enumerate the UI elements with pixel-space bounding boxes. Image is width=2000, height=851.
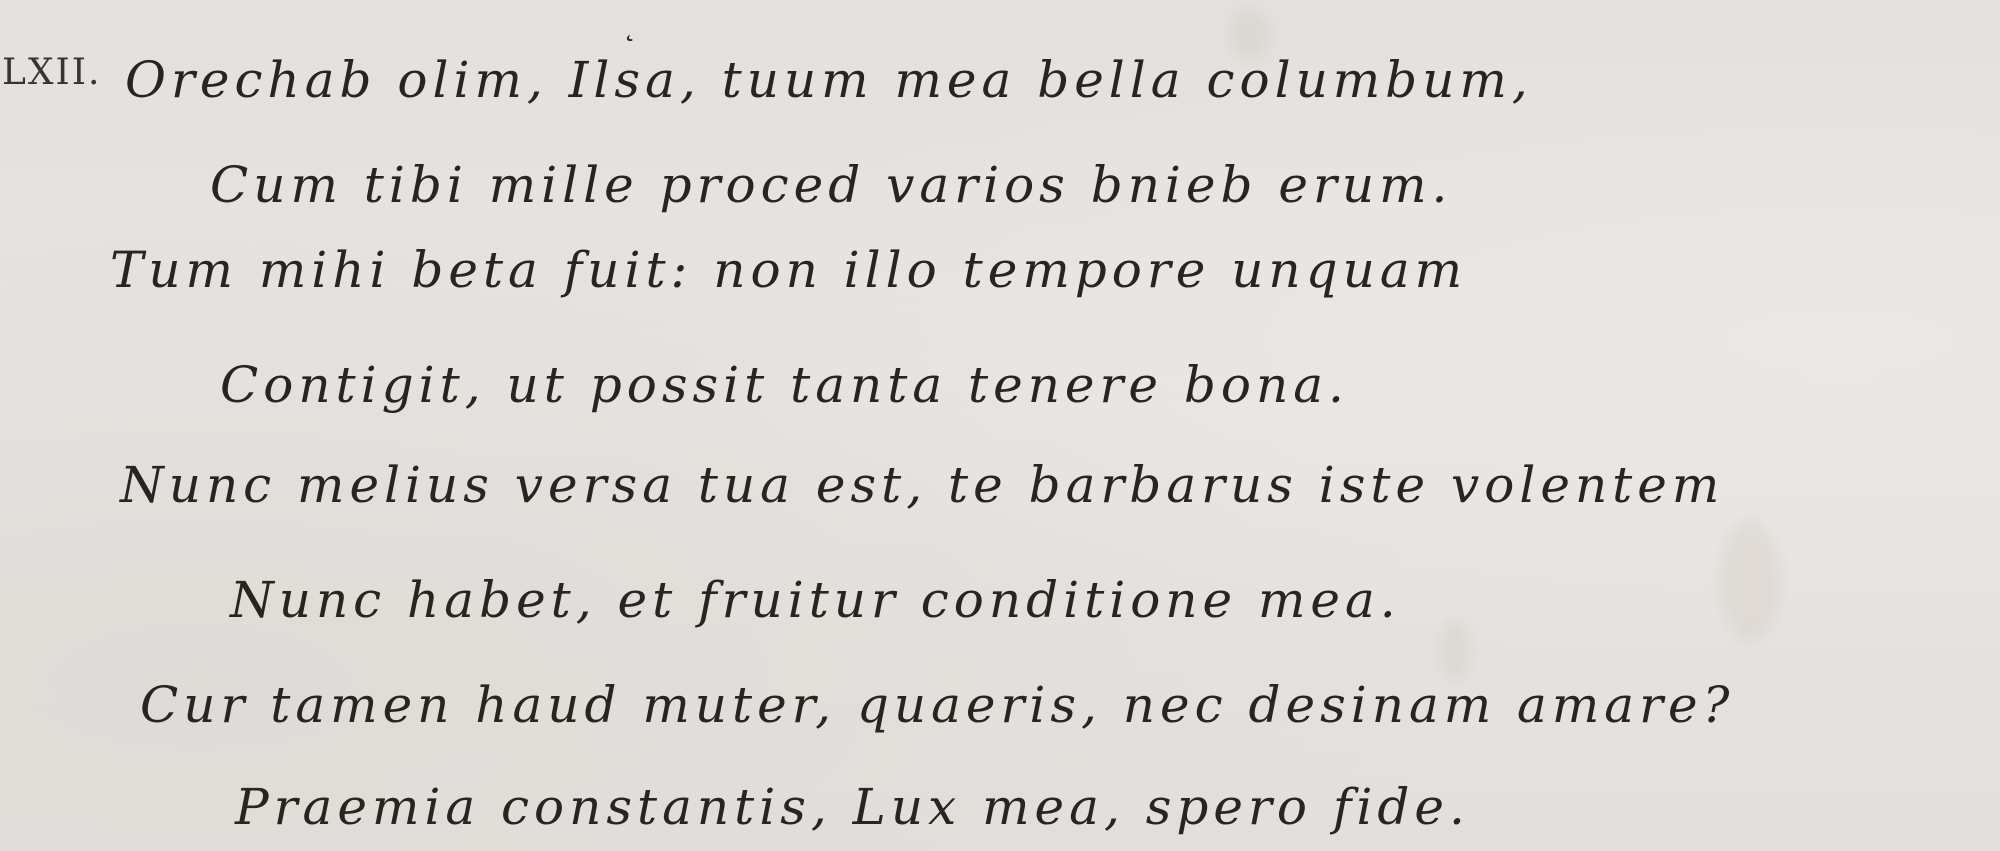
verse-line-1: Orechab olim, Ilsa, tuum mea bella colum… xyxy=(125,55,1533,105)
paper-stain xyxy=(1720,520,1780,640)
paper-stain xyxy=(1440,620,1470,680)
poem-number: LXII. xyxy=(2,52,101,93)
ink-mark: ˛ xyxy=(622,8,637,43)
verse-line-5: Nunc melius versa tua est, te barbarus i… xyxy=(120,460,1724,510)
verse-line-2: Cum tibi mille proced varios bnieb erum. xyxy=(210,160,1452,210)
verse-line-4: Contigit, ut possit tanta tenere bona. xyxy=(220,360,1349,410)
manuscript-page: ˛ LXII. Orechab olim, Ilsa, tuum mea bel… xyxy=(0,0,2000,851)
verse-line-6: Nunc habet, et fruitur conditione mea. xyxy=(230,575,1401,625)
verse-line-3: Tum mihi beta fuit: non illo tempore unq… xyxy=(110,245,1467,295)
verse-line-8: Praemia constantis, Lux mea, spero fide. xyxy=(235,782,1470,832)
verse-line-7: Cur tamen haud muter, quaeris, nec desin… xyxy=(140,680,1734,730)
